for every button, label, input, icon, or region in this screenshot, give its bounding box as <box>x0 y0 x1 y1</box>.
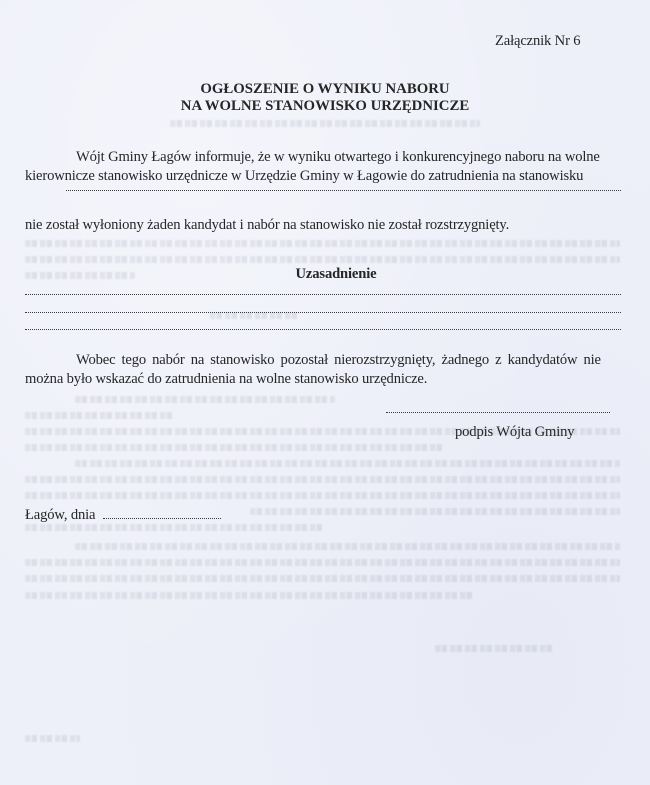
result-statement: nie został wyłoniony żaden kandydat i na… <box>25 218 509 233</box>
justification-field-line-1[interactable] <box>25 294 621 295</box>
paragraph-1-line-2: kierownicze stanowisko urzędnicze w Urzę… <box>25 169 583 184</box>
paragraph-1-line-1: Wójt Gminy Łagów informuje, że w wyniku … <box>76 150 600 165</box>
title-line-1: OGŁOSZENIE O WYNIKU NABORU <box>0 81 650 98</box>
justification-field-line-3[interactable] <box>25 329 621 330</box>
justification-field-line-2[interactable] <box>25 312 621 313</box>
justification-heading: Uzasadnienie <box>0 267 650 282</box>
paragraph-2-line-1: Wobec tego nabór na stanowisko pozostał … <box>76 353 601 368</box>
paragraph-2-line-2: można było wskazać do zatrudnienia na wo… <box>25 372 427 387</box>
title-line-2: NA WOLNE STANOWISKO URZĘDNICZE <box>0 98 650 115</box>
signature-field[interactable] <box>386 412 610 413</box>
annex-label: Załącznik Nr 6 <box>495 34 580 49</box>
position-name-field[interactable] <box>66 190 621 191</box>
place-date-label: Łagów, dnia <box>25 508 95 523</box>
date-field[interactable] <box>103 518 221 519</box>
document-page: Załącznik Nr 6 OGŁOSZENIE O WYNIKU NABOR… <box>0 0 650 785</box>
signature-label: podpis Wójta Gminy <box>455 425 574 440</box>
